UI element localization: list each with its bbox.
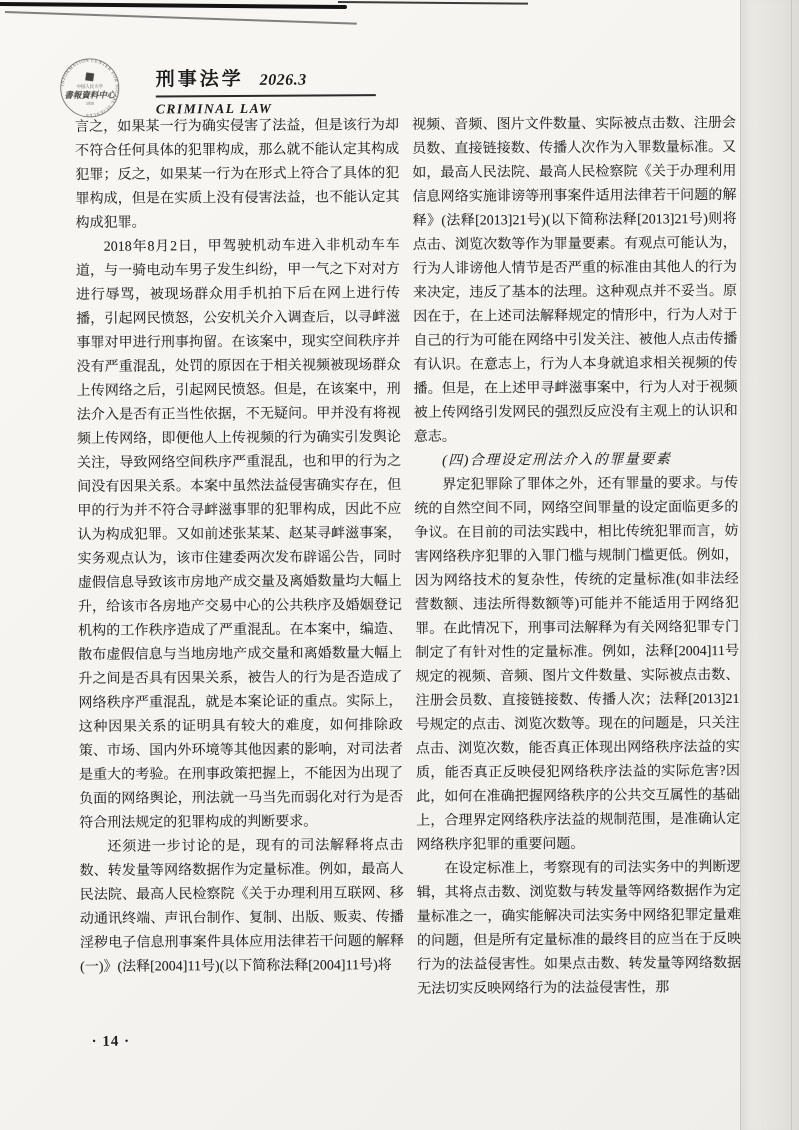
journal-seal-logo: INFORMATION CENTER FOR SOCIAL SCIENCES 中… bbox=[58, 56, 122, 120]
left-column: 言之，如果某一行为确实侵害了法益，但是该行为却不符合任何具体的犯罪构成，那么就不… bbox=[75, 114, 404, 1004]
subsection-heading: (四)合理设定刑法介入的罪量要素 bbox=[414, 448, 738, 474]
seal-center-name: 書報資料中心 bbox=[64, 90, 117, 100]
journal-title: 刑事法学 bbox=[156, 64, 244, 92]
masthead-rule bbox=[156, 94, 376, 97]
seal-emblem-icon bbox=[85, 72, 94, 81]
seal-year: 1958 bbox=[86, 101, 94, 106]
page-number: · 14 · bbox=[92, 1034, 131, 1051]
body-paragraph: 在设定标准上，考察现有的司法实务中的判断逻辑，其将点击数、浏览数与转发量等网络数… bbox=[416, 856, 741, 1002]
body-paragraph: 界定犯罪除了罪体之外，还有罪量的要求。与传统的自然空间不同，网络空间罪量的设定面… bbox=[414, 472, 740, 858]
right-column: 视频、音频、图片文件数量、实际被点击数、注册会员数、直接链接数、传播人次作为入罪… bbox=[412, 112, 741, 1002]
masthead: 刑事法学 2026.3 CRIMINAL LAW bbox=[156, 54, 376, 117]
body-paragraph: 还须进一步讨论的是，现有的司法解释将点击数、转发量等网络数据作为定量标准。例如，… bbox=[79, 834, 404, 980]
page-sheet: INFORMATION CENTER FOR SOCIAL SCIENCES 中… bbox=[0, 0, 799, 1130]
body-paragraph: 2018年8月2日，甲驾驶机动车进入非机动车车道，与一骑电动车男子发生纠纷，甲一… bbox=[76, 234, 404, 836]
journal-header: INFORMATION CENTER FOR SOCIAL SCIENCES 中… bbox=[58, 54, 376, 120]
scanned-page: INFORMATION CENTER FOR SOCIAL SCIENCES 中… bbox=[0, 0, 799, 1130]
issue-number: 2026.3 bbox=[260, 72, 307, 90]
seal-icon: INFORMATION CENTER FOR SOCIAL SCIENCES 中… bbox=[58, 56, 122, 120]
body-paragraph: 言之，如果某一行为确实侵害了法益，但是该行为却不符合任何具体的犯罪构成，那么就不… bbox=[75, 114, 400, 236]
text-columns: 言之，如果某一行为确实侵害了法益，但是该行为却不符合任何具体的犯罪构成，那么就不… bbox=[75, 112, 741, 1004]
body-paragraph: 视频、音频、图片文件数量、实际被点击数、注册会员数、直接链接数、传播人次作为入罪… bbox=[412, 112, 738, 450]
